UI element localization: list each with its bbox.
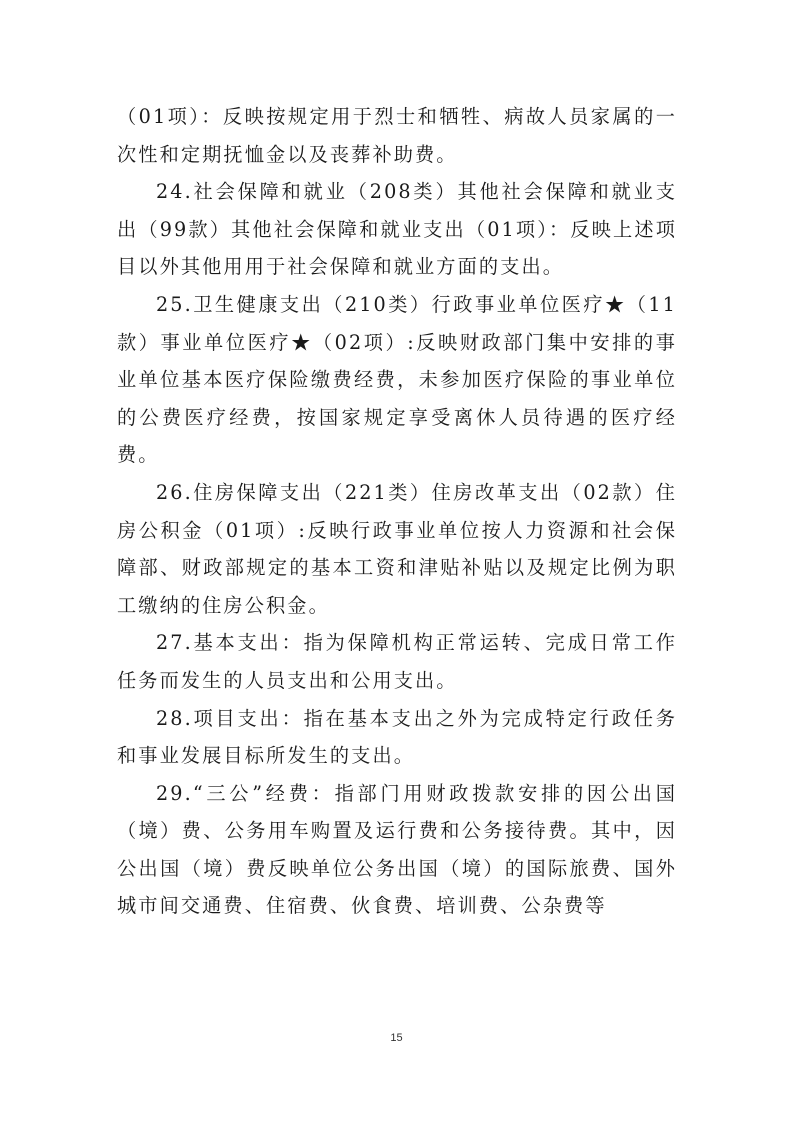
paragraph-28: 28.项目支出：指在基本支出之外为完成特定行政任务和事业发展目标所发生的支出。	[117, 700, 677, 775]
paragraph-24: 24.社会保障和就业（208类）其他社会保障和就业支出（99款）其他社会保障和就…	[117, 173, 677, 286]
paragraph-26: 26.住房保障支出（221类）住房改革支出（02款）住房公积金（01项）:反映行…	[117, 474, 677, 624]
document-page: （01项）：反映按规定用于烈士和牺牲、病故人员家属的一次性和定期抚恤金以及丧葬补…	[0, 0, 793, 1122]
paragraph-25: 25.卫生健康支出（210类）行政事业单位医疗★（11款）事业单位医疗★（02项…	[117, 286, 677, 474]
paragraph-27: 27.基本支出：指为保障机构正常运转、完成日常工作任务而发生的人员支出和公用支出…	[117, 624, 677, 699]
paragraph-23-continued: （01项）：反映按规定用于烈士和牺牲、病故人员家属的一次性和定期抚恤金以及丧葬补…	[117, 98, 677, 173]
paragraph-29: 29.“三公”经费：指部门用财政拨款安排的因公出国（境）费、公务用车购置及运行费…	[117, 775, 677, 925]
page-number: 15	[0, 1032, 793, 1044]
document-body: （01项）：反映按规定用于烈士和牺牲、病故人员家属的一次性和定期抚恤金以及丧葬补…	[117, 98, 677, 925]
